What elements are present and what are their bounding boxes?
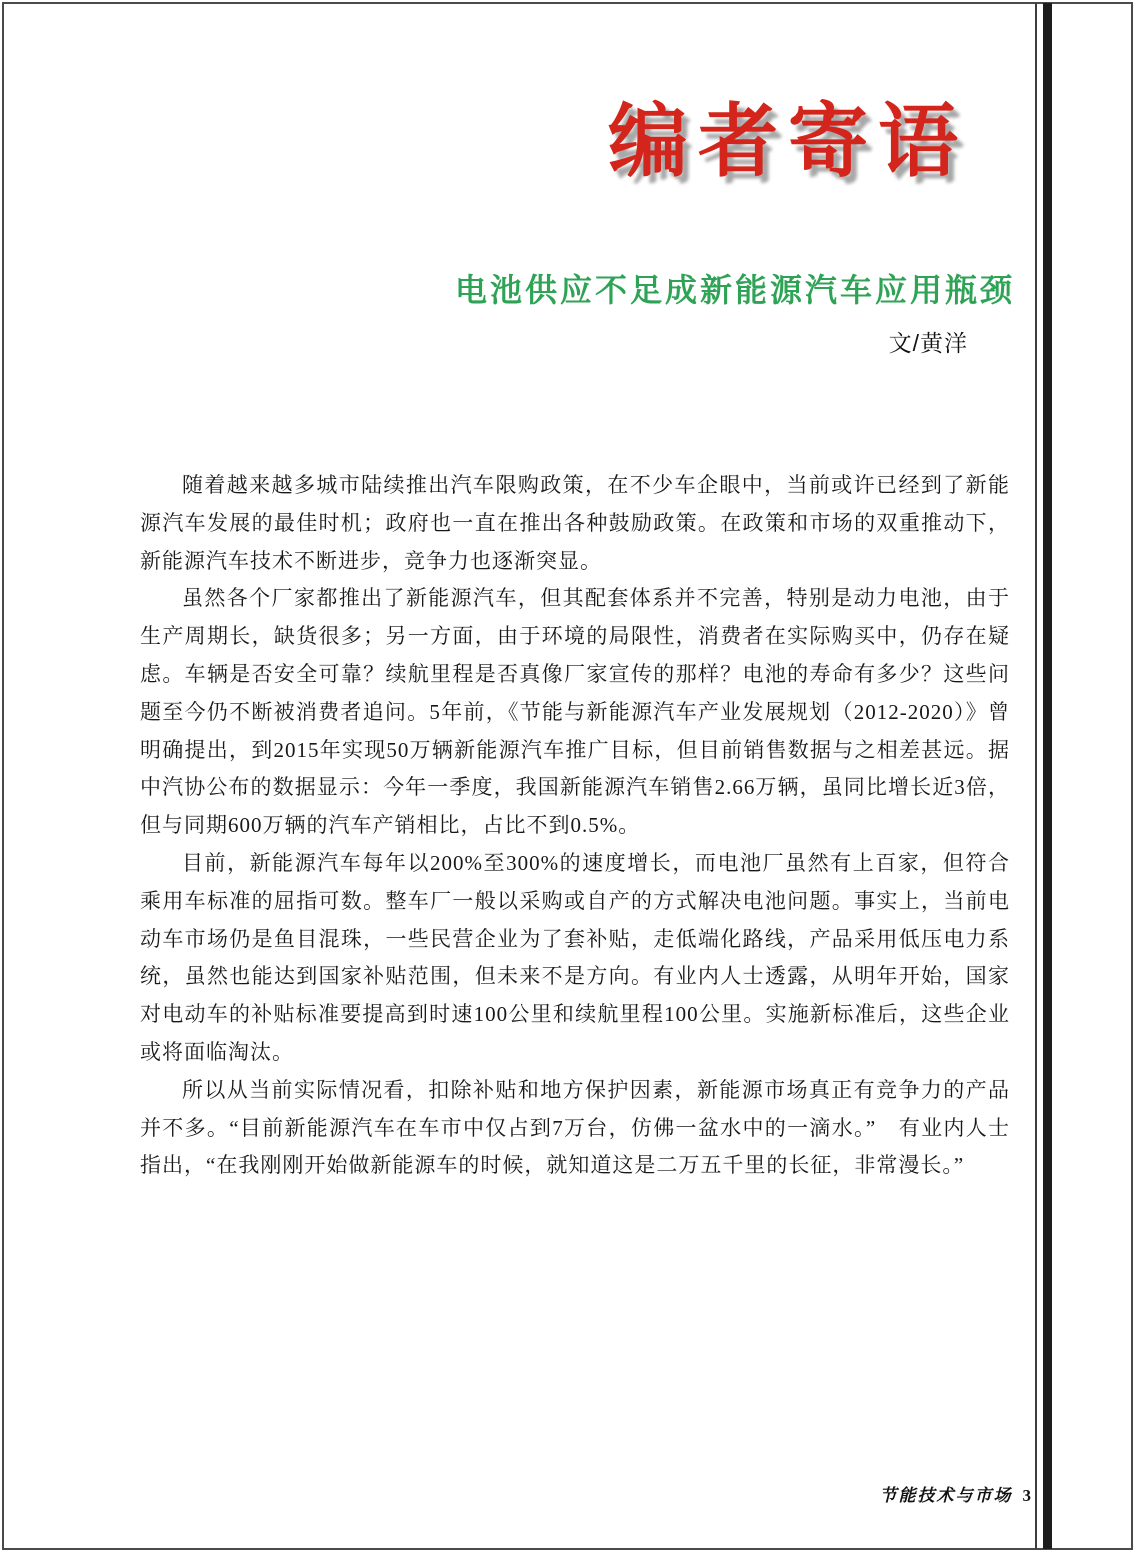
article-paragraph: 所以从当前实际情况看，扣除补贴和地方保护因素，新能源市场真正有竞争力的产品并不多… xyxy=(140,1072,1010,1185)
section-tab-bar xyxy=(1043,3,1052,1549)
article-paragraph: 随着越来越多城市陆续推出汽车限购政策，在不少车企眼中，当前或许已经到了新能源汽车… xyxy=(140,467,1010,580)
page-number: 3 xyxy=(1023,1486,1034,1505)
page-footer: 节能技术与市场3 xyxy=(880,1481,1034,1506)
masthead-title: 编者寄语 xyxy=(140,100,1010,186)
article-title: 电池供应不足成新能源汽车应用瓶颈 xyxy=(120,272,1015,309)
article-paragraph: 目前，新能源汽车每年以200%至300%的速度增长，而电池厂虽然有上百家，但符合… xyxy=(140,845,1010,1072)
article-body: 随着越来越多城市陆续推出汽车限购政策，在不少车企眼中，当前或许已经到了新能源汽车… xyxy=(140,467,1010,1185)
article-paragraph: 虽然各个厂家都推出了新能源汽车，但其配套体系并不完善，特别是动力电池，由于生产周… xyxy=(140,580,1010,845)
right-margin-rule xyxy=(1035,3,1037,1549)
journal-name: 节能技术与市场 xyxy=(880,1486,1013,1505)
article-byline: 文/黄洋 xyxy=(140,325,1010,358)
